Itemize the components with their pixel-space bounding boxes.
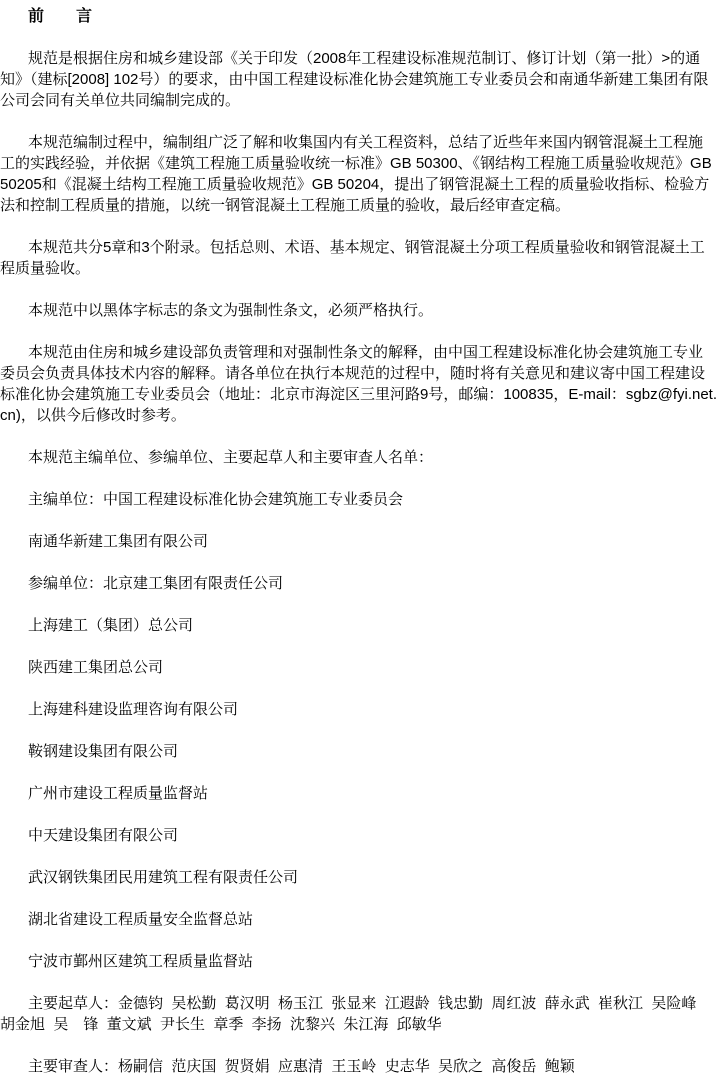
reviewers-names: 杨嗣信 范庆国 贺贤娟 应惠清 王玉岭 史志华 吴欣之 高俊岳 鲍颖 [118,1058,575,1075]
page-title: 前 言 [0,6,717,27]
participating-unit: 陕西建工集团总公司 [0,657,717,678]
chief-editor-line: 主编单位：中国工程建设标准化协会建筑施工专业委员会 [0,489,717,510]
paragraph-contents: 本规范共分5章和3个附录。包括总则、术语、基本规定、钢管混凝土分项工程质量验收和… [0,237,717,279]
participating-unit: 中天建设集团有限公司 [0,825,717,846]
participating-unit: 北京建工集团有限责任公司 [103,575,283,592]
paragraph-basis: 规范是根据住房和城乡建设部《关于印发（2008年工程建设标准规范制订、修订计划（… [0,48,717,111]
chief-editor-unit: 中国工程建设标准化协会建筑施工专业委员会 [103,491,403,508]
participating-unit: 上海建工（集团）总公司 [0,615,717,636]
reviewers-label: 主要审查人： [28,1058,118,1075]
participating-unit: 上海建科建设监理咨询有限公司 [0,699,717,720]
participating-units-line: 参编单位：北京建工集团有限责任公司 [0,573,717,594]
drafters-line: 主要起草人：金德钧 吴松勤 葛汉明 杨玉江 张显来 江遐龄 钱忠勤 周红波 薛永… [0,993,717,1035]
paragraph-list-intro: 本规范主编单位、参编单位、主要起草人和主要审查人名单： [0,447,717,468]
paragraph-drafting-process: 本规范编制过程中，编制组广泛了解和收集国内有关工程资料，总结了近些年来国内钢管混… [0,132,717,216]
participating-units-label: 参编单位： [28,575,103,592]
participating-unit: 宁波市鄞州区建筑工程质量监督站 [0,951,717,972]
chief-editor-unit: 南通华新建工集团有限公司 [0,531,717,552]
chief-editor-label: 主编单位： [28,491,103,508]
reviewers-line: 主要审查人：杨嗣信 范庆国 贺贤娟 应惠清 王玉岭 史志华 吴欣之 高俊岳 鲍颖 [0,1056,717,1077]
participating-unit: 鞍钢建设集团有限公司 [0,741,717,762]
drafters-label: 主要起草人： [28,995,118,1012]
foreword-document: 前 言 规范是根据住房和城乡建设部《关于印发（2008年工程建设标准规范制订、修… [0,0,717,1077]
paragraph-administration-contact: 本规范由住房和城乡建设部负责管理和对强制性条文的解释，由中国工程建设标准化协会建… [0,342,717,426]
participating-unit: 湖北省建设工程质量安全监督总站 [0,909,717,930]
participating-unit: 武汉钢铁集团民用建筑工程有限责任公司 [0,867,717,888]
paragraph-mandatory-clauses: 本规范中以黑体字标志的条文为强制性条文，必须严格执行。 [0,300,717,321]
participating-unit: 广州市建设工程质量监督站 [0,783,717,804]
